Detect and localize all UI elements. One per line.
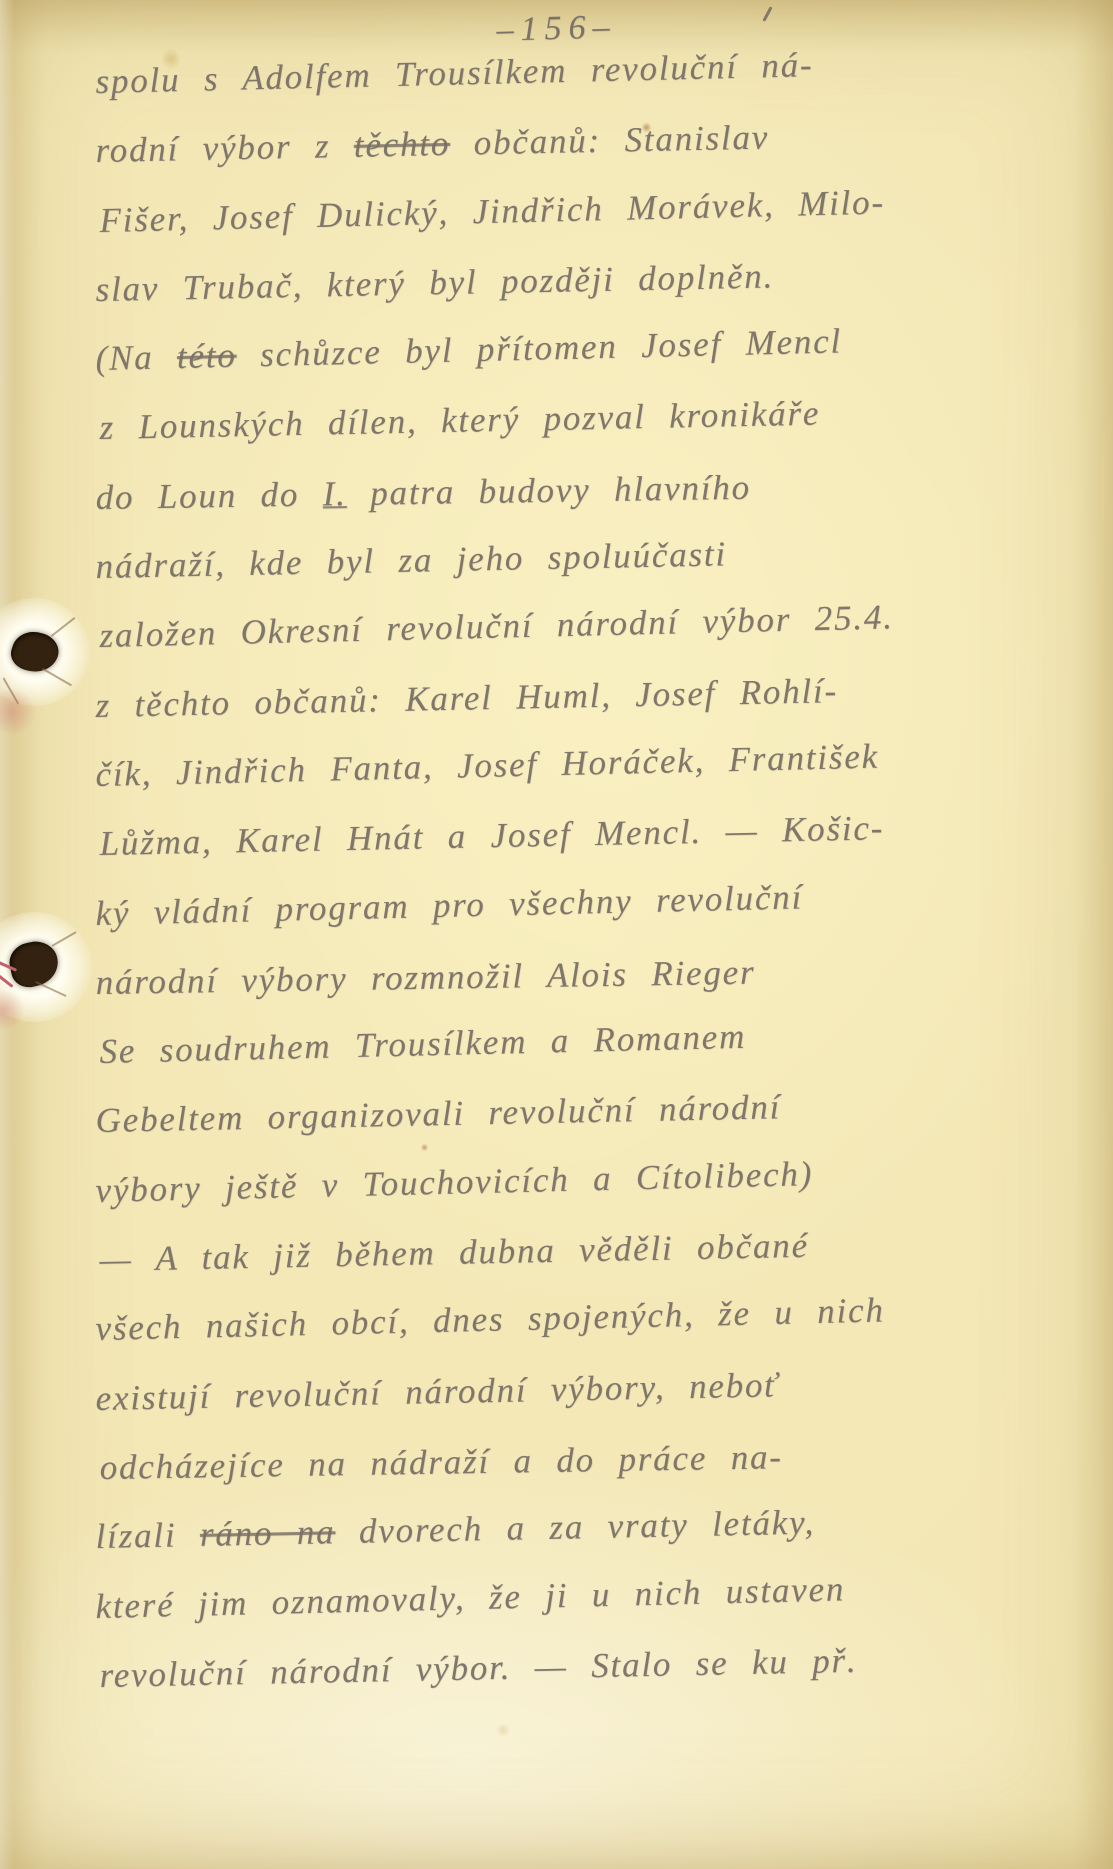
handwritten-text: (Na (95, 337, 177, 378)
handwriting-block: spolu s Adolfem Trousílkem revoluční ná-… (96, 62, 1083, 1725)
underlined-text: I. (322, 474, 347, 513)
handwritten-text: patra budovy hlavního (346, 467, 751, 512)
handwritten-text: rodní výbor z (95, 126, 354, 170)
manuscript-page: –156– spolu s Adolfem Trousílkem revoluč… (0, 0, 1113, 1869)
struck-out-text: ráno na (200, 1512, 336, 1554)
paper-stain (642, 122, 651, 133)
handwritten-text: lízali (95, 1515, 200, 1556)
paper-stain (162, 48, 180, 70)
struck-out-text: těchto (353, 124, 450, 165)
paper-stain (421, 1144, 428, 1151)
handwritten-text: do Loun do (95, 474, 323, 517)
handwritten-text: dvorech a za vraty letáky, (335, 1503, 815, 1552)
handwritten-text: občanů: Stanislav (450, 118, 770, 163)
paper-stain (496, 1724, 510, 1736)
struck-out-text: této (176, 336, 237, 376)
